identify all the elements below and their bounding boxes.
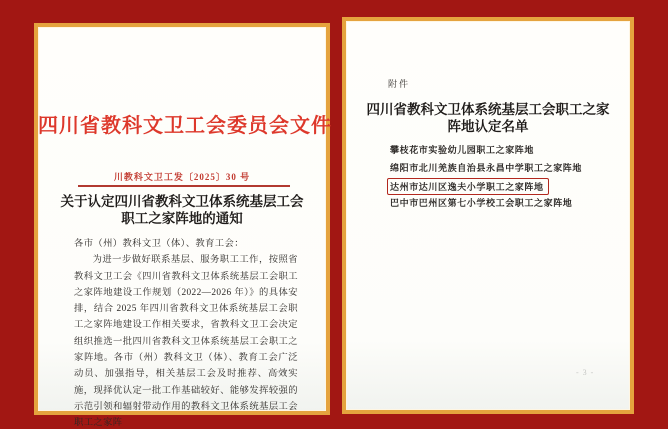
header-divider-rule [78,185,290,187]
page-number-left: - 1 - [276,367,294,376]
document-title: 关于认定四川省教科文卫体系统基层工会 职工之家阵地的通知 [38,193,326,227]
document-body: 各市（州）教科文卫（体）、教育工会： 为进一步做好联系基层、服务职工工作，按照省… [74,236,298,429]
notice-document-page: 四川省教科文卫工会委员会文件 川教科文卫工发〔2025〕30 号 关于认定四川省… [34,23,330,415]
photo-background: 四川省教科文卫工会委员会文件 川教科文卫工发〔2025〕30 号 关于认定四川省… [0,0,668,429]
list-item: 攀枝花市实验幼儿园职工之家阵地 [390,143,610,161]
document-title-line2: 职工之家阵地的通知 [38,210,326,227]
document-number: 川教科文卫工发〔2025〕30 号 [38,170,326,183]
venue-text: 巴中市巴州区第七小学校工会职工之家阵地 [390,198,572,208]
highlighted-venue-text: 达州市达川区逸夫小学职工之家阵地 [387,178,549,195]
list-item: 巴中市巴州区第七小学校工会职工之家阵地 [390,196,610,214]
attachment-label: 附件 [388,77,410,90]
venue-text: 攀枝花市实验幼儿园职工之家阵地 [390,145,534,155]
list-item: 达州市达川区逸夫小学职工之家阵地 [390,178,610,196]
body-paragraph: 为进一步做好联系基层、服务职工工作，按照省教科文卫工会《四川省教科文卫体系统基层… [74,252,298,429]
attachment-document-page: 附件 四川省教科文卫体系统基层工会职工之家 阵地认定名单 攀枝花市实验幼儿园职工… [342,17,634,414]
attachment-title-line2: 阵地认定名单 [346,118,630,135]
page-number-right: - 3 - [576,368,594,377]
list-item: 绵阳市北川羌族自治县永昌中学职工之家阵地 [390,161,610,179]
attachment-title-line1: 四川省教科文卫体系统基层工会职工之家 [346,101,630,118]
attachment-title: 四川省教科文卫体系统基层工会职工之家 阵地认定名单 [346,101,630,135]
salutation-line: 各市（州）教科文卫（体）、教育工会： [74,236,298,252]
venue-list: 攀枝花市实验幼儿园职工之家阵地绵阳市北川羌族自治县永昌中学职工之家阵地达州市达川… [390,143,610,213]
document-header-banner: 四川省教科文卫工会委员会文件 [38,109,326,138]
venue-text: 绵阳市北川羌族自治县永昌中学职工之家阵地 [390,163,582,173]
document-title-line1: 关于认定四川省教科文卫体系统基层工会 [38,193,326,210]
